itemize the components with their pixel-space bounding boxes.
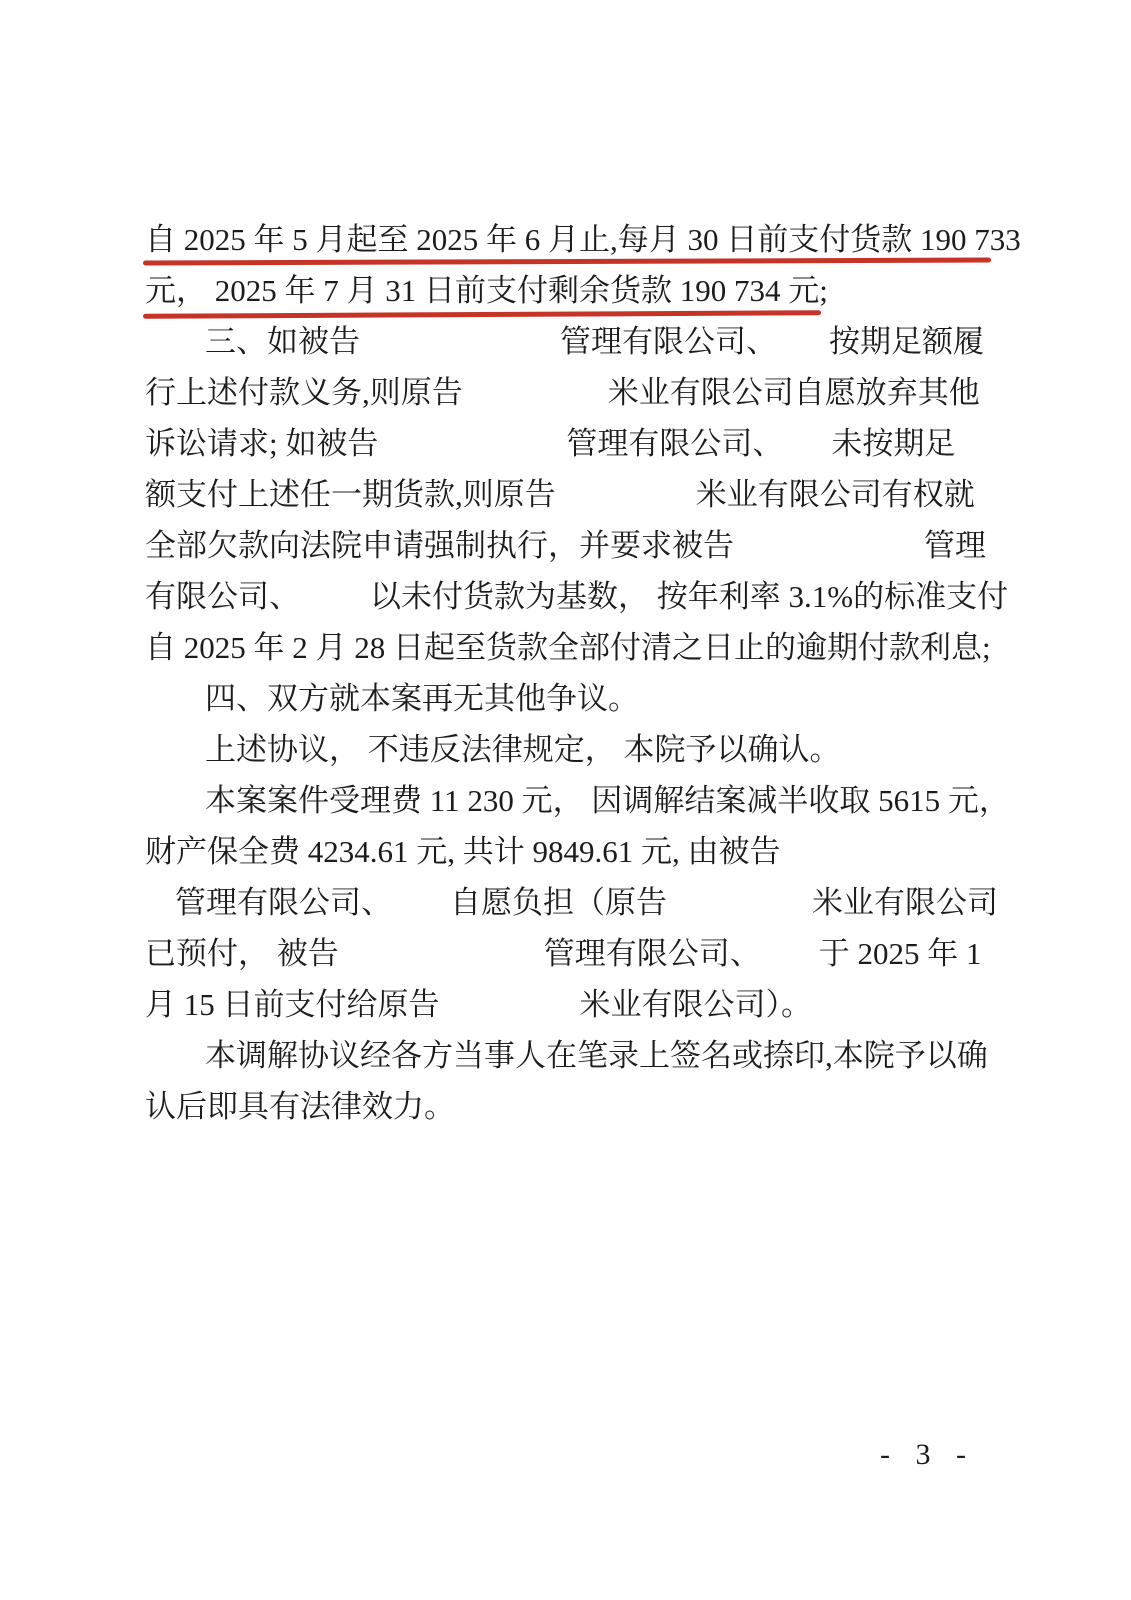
text-segment: 全部欠款向法院申请强制执行，并要求被告 xyxy=(145,520,734,571)
text-segment: 自愿负担（原告 xyxy=(450,877,667,928)
text-segment: 米业有限公司）。 xyxy=(580,979,813,1030)
redacted-blank xyxy=(667,877,812,878)
text-segment: 诉讼请求; 如被告 xyxy=(145,418,378,469)
redacted-blank xyxy=(392,877,450,878)
redacted-blank xyxy=(783,418,831,419)
text-segment: 元， 2025 年 7 月 31 日前支付剩余货款 190 734 元; xyxy=(145,265,828,316)
text-segment: 米业有限公司 xyxy=(812,877,998,928)
document-line: 行上述付款义务,则原告米业有限公司自愿放弃其他 xyxy=(145,367,975,418)
document-line: 自 2025 年 5 月起至 2025 年 6 月止,每月 30 日前支付货款 … xyxy=(145,214,975,265)
document-line: 全部欠款向法院申请强制执行，并要求被告管理 xyxy=(145,520,975,571)
document-line: 认后即具有法律效力。 xyxy=(145,1081,975,1132)
document-line: 管理有限公司、自愿负担（原告米业有限公司 xyxy=(145,877,975,928)
text-segment: 自 2025 年 2 月 28 日起至货款全部付清之日止的逾期付款利息; xyxy=(145,622,991,673)
document-line: 元， 2025 年 7 月 31 日前支付剩余货款 190 734 元; xyxy=(145,265,975,316)
text-segment: 以未付货款为基数， 按年利率 3.1%的标准支付 xyxy=(370,571,1008,622)
redacted-blank xyxy=(777,316,829,317)
text-segment: 管理有限公司、 xyxy=(544,928,761,979)
text-segment: 米业有限公司自愿放弃其他 xyxy=(608,367,980,418)
document-line: 额支付上述任一期货款,则原告米业有限公司有权就 xyxy=(145,469,975,520)
redacted-blank xyxy=(339,928,544,929)
document-line: 自 2025 年 2 月 28 日起至货款全部付清之日止的逾期付款利息; xyxy=(145,622,975,673)
page-number: - 3 - xyxy=(880,1438,975,1472)
text-segment: 管理有限公司、 xyxy=(560,316,777,367)
text-segment: 已预付， 被告 xyxy=(145,928,339,979)
document-line: 上述协议， 不违反法律规定， 本院予以确认。 xyxy=(145,724,975,775)
text-segment: 管理有限公司、 xyxy=(566,418,783,469)
document-line: 有限公司、以未付货款为基数， 按年利率 3.1%的标准支付 xyxy=(145,571,975,622)
document-line: 已预付， 被告管理有限公司、于 2025 年 1 xyxy=(145,928,975,979)
text-segment: 未按期足 xyxy=(831,418,955,469)
redacted-blank xyxy=(440,979,580,980)
text-segment: 额支付上述任一期货款,则原告 xyxy=(145,469,556,520)
text-segment: 本案案件受理费 11 230 元， 因调解结案减半收取 5615 元， xyxy=(205,775,1010,826)
document-line: 三、如被告管理有限公司、按期足额履 xyxy=(145,316,975,367)
text-segment: 行上述付款义务,则原告 xyxy=(145,367,463,418)
text-segment: 按期足额履 xyxy=(829,316,984,367)
text-segment: 自 2025 年 5 月起至 2025 年 6 月止,每月 30 日前支付货款 … xyxy=(145,214,1021,265)
document-line: 本调解协议经各方当事人在笔录上签名或捺印,本院予以确 xyxy=(145,1030,975,1081)
document-line: 四、双方就本案再无其他争议。 xyxy=(145,673,975,724)
document-line: 本案案件受理费 11 230 元， 因调解结案减半收取 5615 元， xyxy=(145,775,975,826)
text-segment: 管理有限公司、 xyxy=(175,877,392,928)
text-segment: 有限公司、 xyxy=(145,571,300,622)
text-segment: 米业有限公司有权就 xyxy=(696,469,975,520)
text-segment: 四、双方就本案再无其他争议。 xyxy=(205,673,639,724)
redacted-blank xyxy=(761,928,819,929)
redacted-blank xyxy=(734,520,924,521)
redacted-blank xyxy=(463,367,608,368)
document-line: 诉讼请求; 如被告管理有限公司、未按期足 xyxy=(145,418,975,469)
text-segment: 上述协议， 不违反法律规定， 本院予以确认。 xyxy=(205,724,841,775)
redacted-blank xyxy=(378,418,566,419)
redacted-blank xyxy=(300,571,370,572)
text-segment: 本调解协议经各方当事人在笔录上签名或捺印,本院予以确 xyxy=(205,1030,988,1081)
document-body: 自 2025 年 5 月起至 2025 年 6 月止,每月 30 日前支付货款 … xyxy=(145,214,975,1132)
text-segment: 财产保全费 4234.61 元, 共计 9849.61 元, 由被告 xyxy=(145,826,781,877)
document-line: 财产保全费 4234.61 元, 共计 9849.61 元, 由被告 xyxy=(145,826,975,877)
redacted-blank xyxy=(360,316,560,317)
text-segment: 管理 xyxy=(924,520,986,571)
text-segment: 月 15 日前支付给原告 xyxy=(145,979,440,1030)
text-segment: 认后即具有法律效力。 xyxy=(145,1081,455,1132)
text-segment: 于 2025 年 1 xyxy=(819,928,982,979)
document-line: 月 15 日前支付给原告米业有限公司）。 xyxy=(145,979,975,1030)
text-segment: 三、如被告 xyxy=(205,316,360,367)
scanned-court-document-page: 自 2025 年 5 月起至 2025 年 6 月止,每月 30 日前支付货款 … xyxy=(0,0,1131,1600)
redacted-blank xyxy=(556,469,696,470)
